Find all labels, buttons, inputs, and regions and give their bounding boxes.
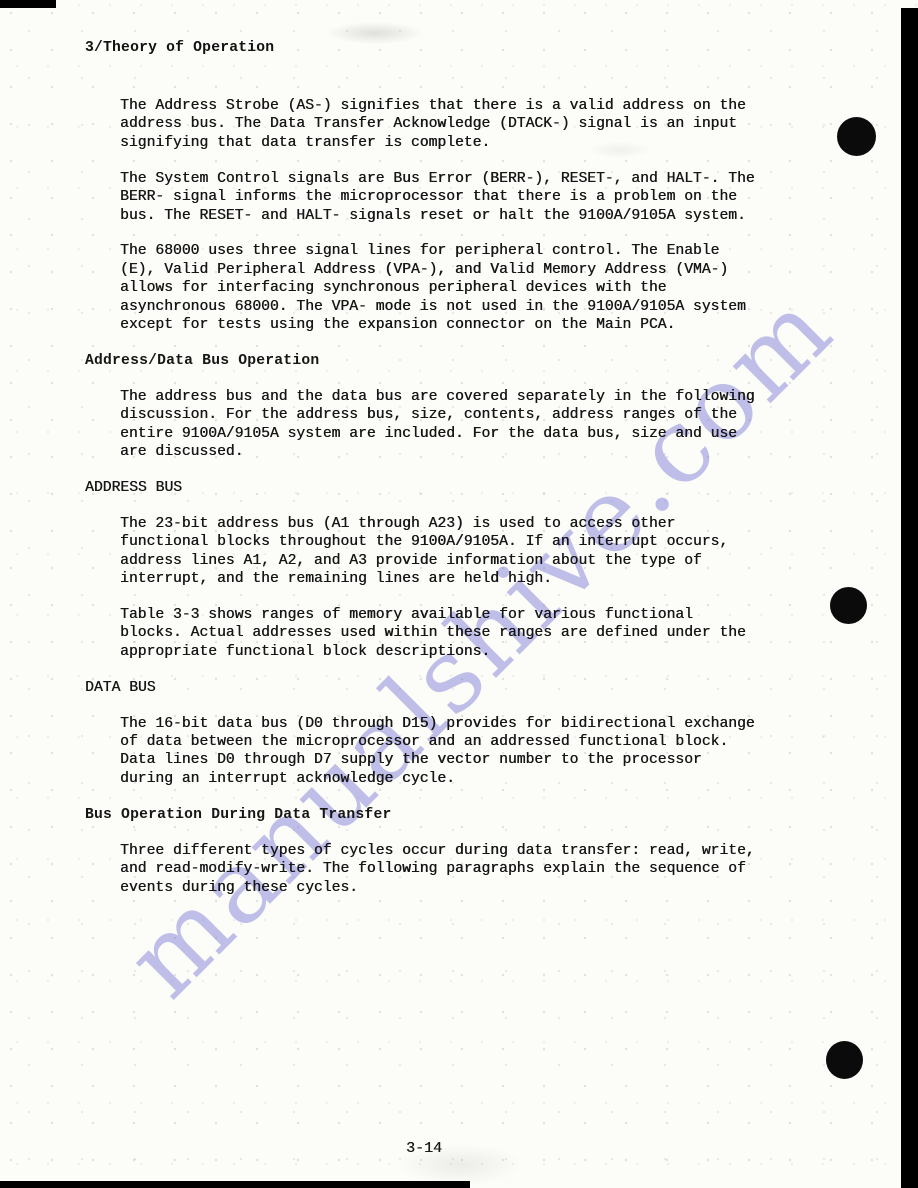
paragraph-bus-overview: The address bus and the data bus are cov… — [120, 388, 785, 462]
page-header: 3/Theory of Operation — [85, 40, 274, 56]
paragraph-address-strobe: The Address Strobe (AS-) signifies that … — [120, 97, 785, 152]
paragraph-cycle-types: Three different types of cycles occur du… — [120, 842, 785, 897]
heading-bus-operation-during-data-transfer: Bus Operation During Data Transfer — [85, 806, 785, 824]
heading-data-bus: DATA BUS — [85, 679, 785, 697]
scan-edge-bottom-left — [0, 1181, 470, 1188]
paragraph-data-bus-detail: The 16-bit data bus (D0 through D15) pro… — [120, 715, 785, 789]
registration-dot-icon — [826, 1041, 863, 1079]
paragraph-table-3-3: Table 3-3 shows ranges of memory availab… — [120, 606, 785, 661]
paragraph-address-bus-detail: The 23-bit address bus (A1 through A23) … — [120, 515, 785, 589]
page-number: 3-14 — [406, 1140, 442, 1157]
paragraph-system-control: The System Control signals are Bus Error… — [120, 170, 785, 225]
heading-address-data-bus-operation: Address/Data Bus Operation — [85, 352, 785, 370]
scan-edge-top-left — [0, 0, 56, 8]
registration-dot-icon — [837, 117, 876, 156]
paragraph-peripheral-control: The 68000 uses three signal lines for pe… — [120, 242, 785, 334]
heading-address-bus: ADDRESS BUS — [85, 479, 785, 497]
scan-edge-right — [901, 8, 918, 1188]
registration-dot-icon — [830, 587, 867, 624]
document-body: The Address Strobe (AS-) signifies that … — [85, 97, 785, 914]
